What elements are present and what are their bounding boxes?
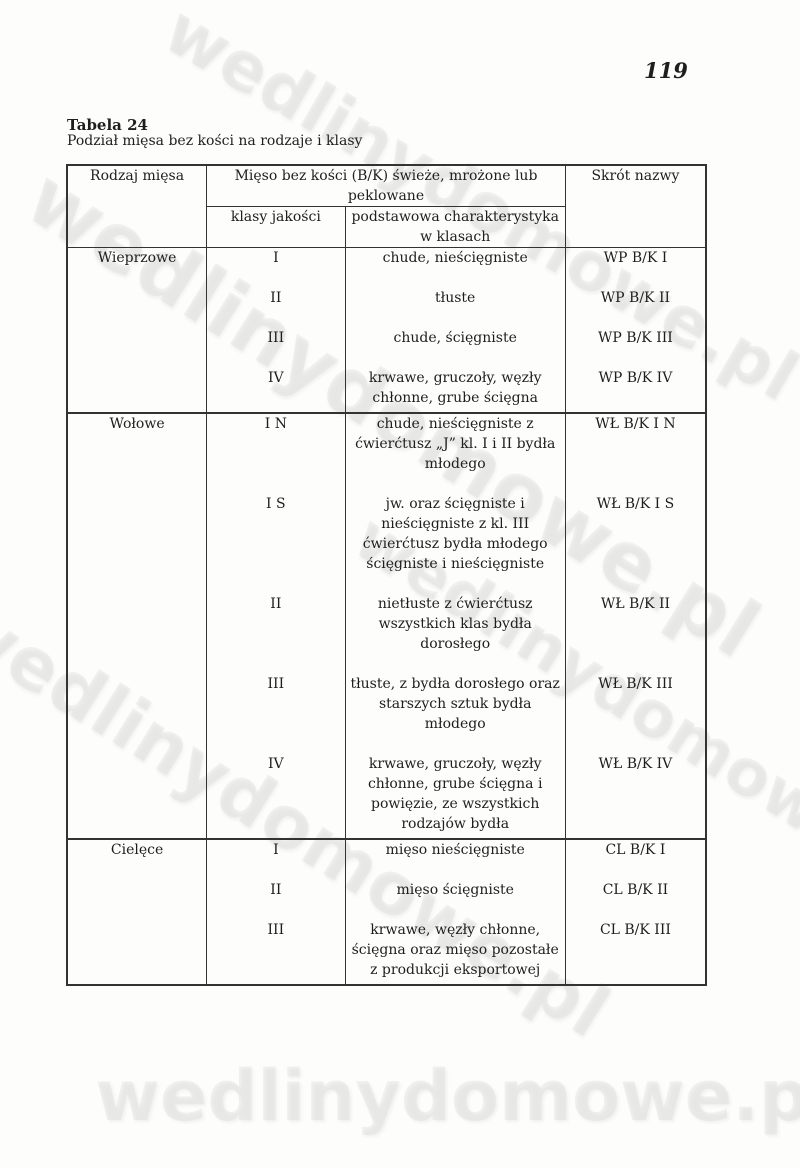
meat-classification-table: Rodzaj mięsa Mięso bez kości (B/K) śwież… [66,164,707,986]
characteristics-cell: krwawe, gruczoły, węzły chłonne, grube ś… [345,754,565,839]
header-abbreviation: Skrót nazwy [565,165,706,248]
quality-class-cell: IV [207,368,345,413]
meat-type-cell: Wołowe [67,413,207,839]
characteristics-cell: krwawe, węzły chłonne, ścięgna oraz mięs… [345,920,565,985]
characteristics-cell: mięso nieścięgniste [345,839,565,880]
quality-class-cell: II [207,594,345,674]
characteristics-cell: chude, nieścięgniste z ćwierćtusz „J” kl… [345,413,565,494]
quality-class-cell: II [207,288,345,328]
abbreviation-cell: CL B/K I [565,839,706,880]
abbreviation-cell: WŁ B/K III [565,674,706,754]
meat-type-cell: Cielęce [67,839,207,985]
abbreviation-cell: WŁ B/K I S [565,494,706,594]
header-characteristics: podstawowa charakterystyka w klasach [345,207,565,248]
characteristics-cell: nietłuste z ćwierćtusz wszystkich klas b… [345,594,565,674]
table-caption: Podział mięsa bez kości na rodzaje i kla… [67,133,362,149]
table-title: Tabela 24 [67,116,148,134]
table-row: WieprzoweIchude, nieścięgnisteWP B/K I [67,248,706,289]
header-meat-type: Rodzaj mięsa [67,165,207,248]
abbreviation-cell: WŁ B/K I N [565,413,706,494]
characteristics-cell: tłuste [345,288,565,328]
book-page: 119 Tabela 24 Podział mięsa bez kości na… [0,0,800,1168]
characteristics-cell: tłuste, z bydła dorosłego oraz starszych… [345,674,565,754]
characteristics-cell: chude, ścięgniste [345,328,565,368]
abbreviation-cell: WP B/K IV [565,368,706,413]
abbreviation-cell: WŁ B/K II [565,594,706,674]
quality-class-cell: III [207,328,345,368]
quality-class-cell: I [207,248,345,289]
characteristics-cell: chude, nieścięgniste [345,248,565,289]
meat-type-cell: Wieprzowe [67,248,207,414]
quality-class-cell: I N [207,413,345,494]
table-row: CielęceImięso nieścięgnisteCL B/K I [67,839,706,880]
abbreviation-cell: WŁ B/K IV [565,754,706,839]
quality-class-cell: III [207,920,345,985]
header-group: Mięso bez kości (B/K) świeże, mrożone lu… [207,165,566,207]
characteristics-cell: jw. oraz ścięgniste i nieścięgniste z kl… [345,494,565,594]
page-number: 119 [644,58,688,83]
quality-class-cell: IV [207,754,345,839]
quality-class-cell: II [207,880,345,920]
header-quality-class: klasy jakości [207,207,345,248]
abbreviation-cell: WP B/K II [565,288,706,328]
abbreviation-cell: WP B/K III [565,328,706,368]
abbreviation-cell: CL B/K III [565,920,706,985]
characteristics-cell: krwawe, gruczoły, węzły chłonne, grube ś… [345,368,565,413]
characteristics-cell: mięso ścięgniste [345,880,565,920]
abbreviation-cell: CL B/K II [565,880,706,920]
abbreviation-cell: WP B/K I [565,248,706,289]
quality-class-cell: III [207,674,345,754]
quality-class-cell: I [207,839,345,880]
table-row: WołoweI Nchude, nieścięgniste z ćwierćtu… [67,413,706,494]
quality-class-cell: I S [207,494,345,594]
